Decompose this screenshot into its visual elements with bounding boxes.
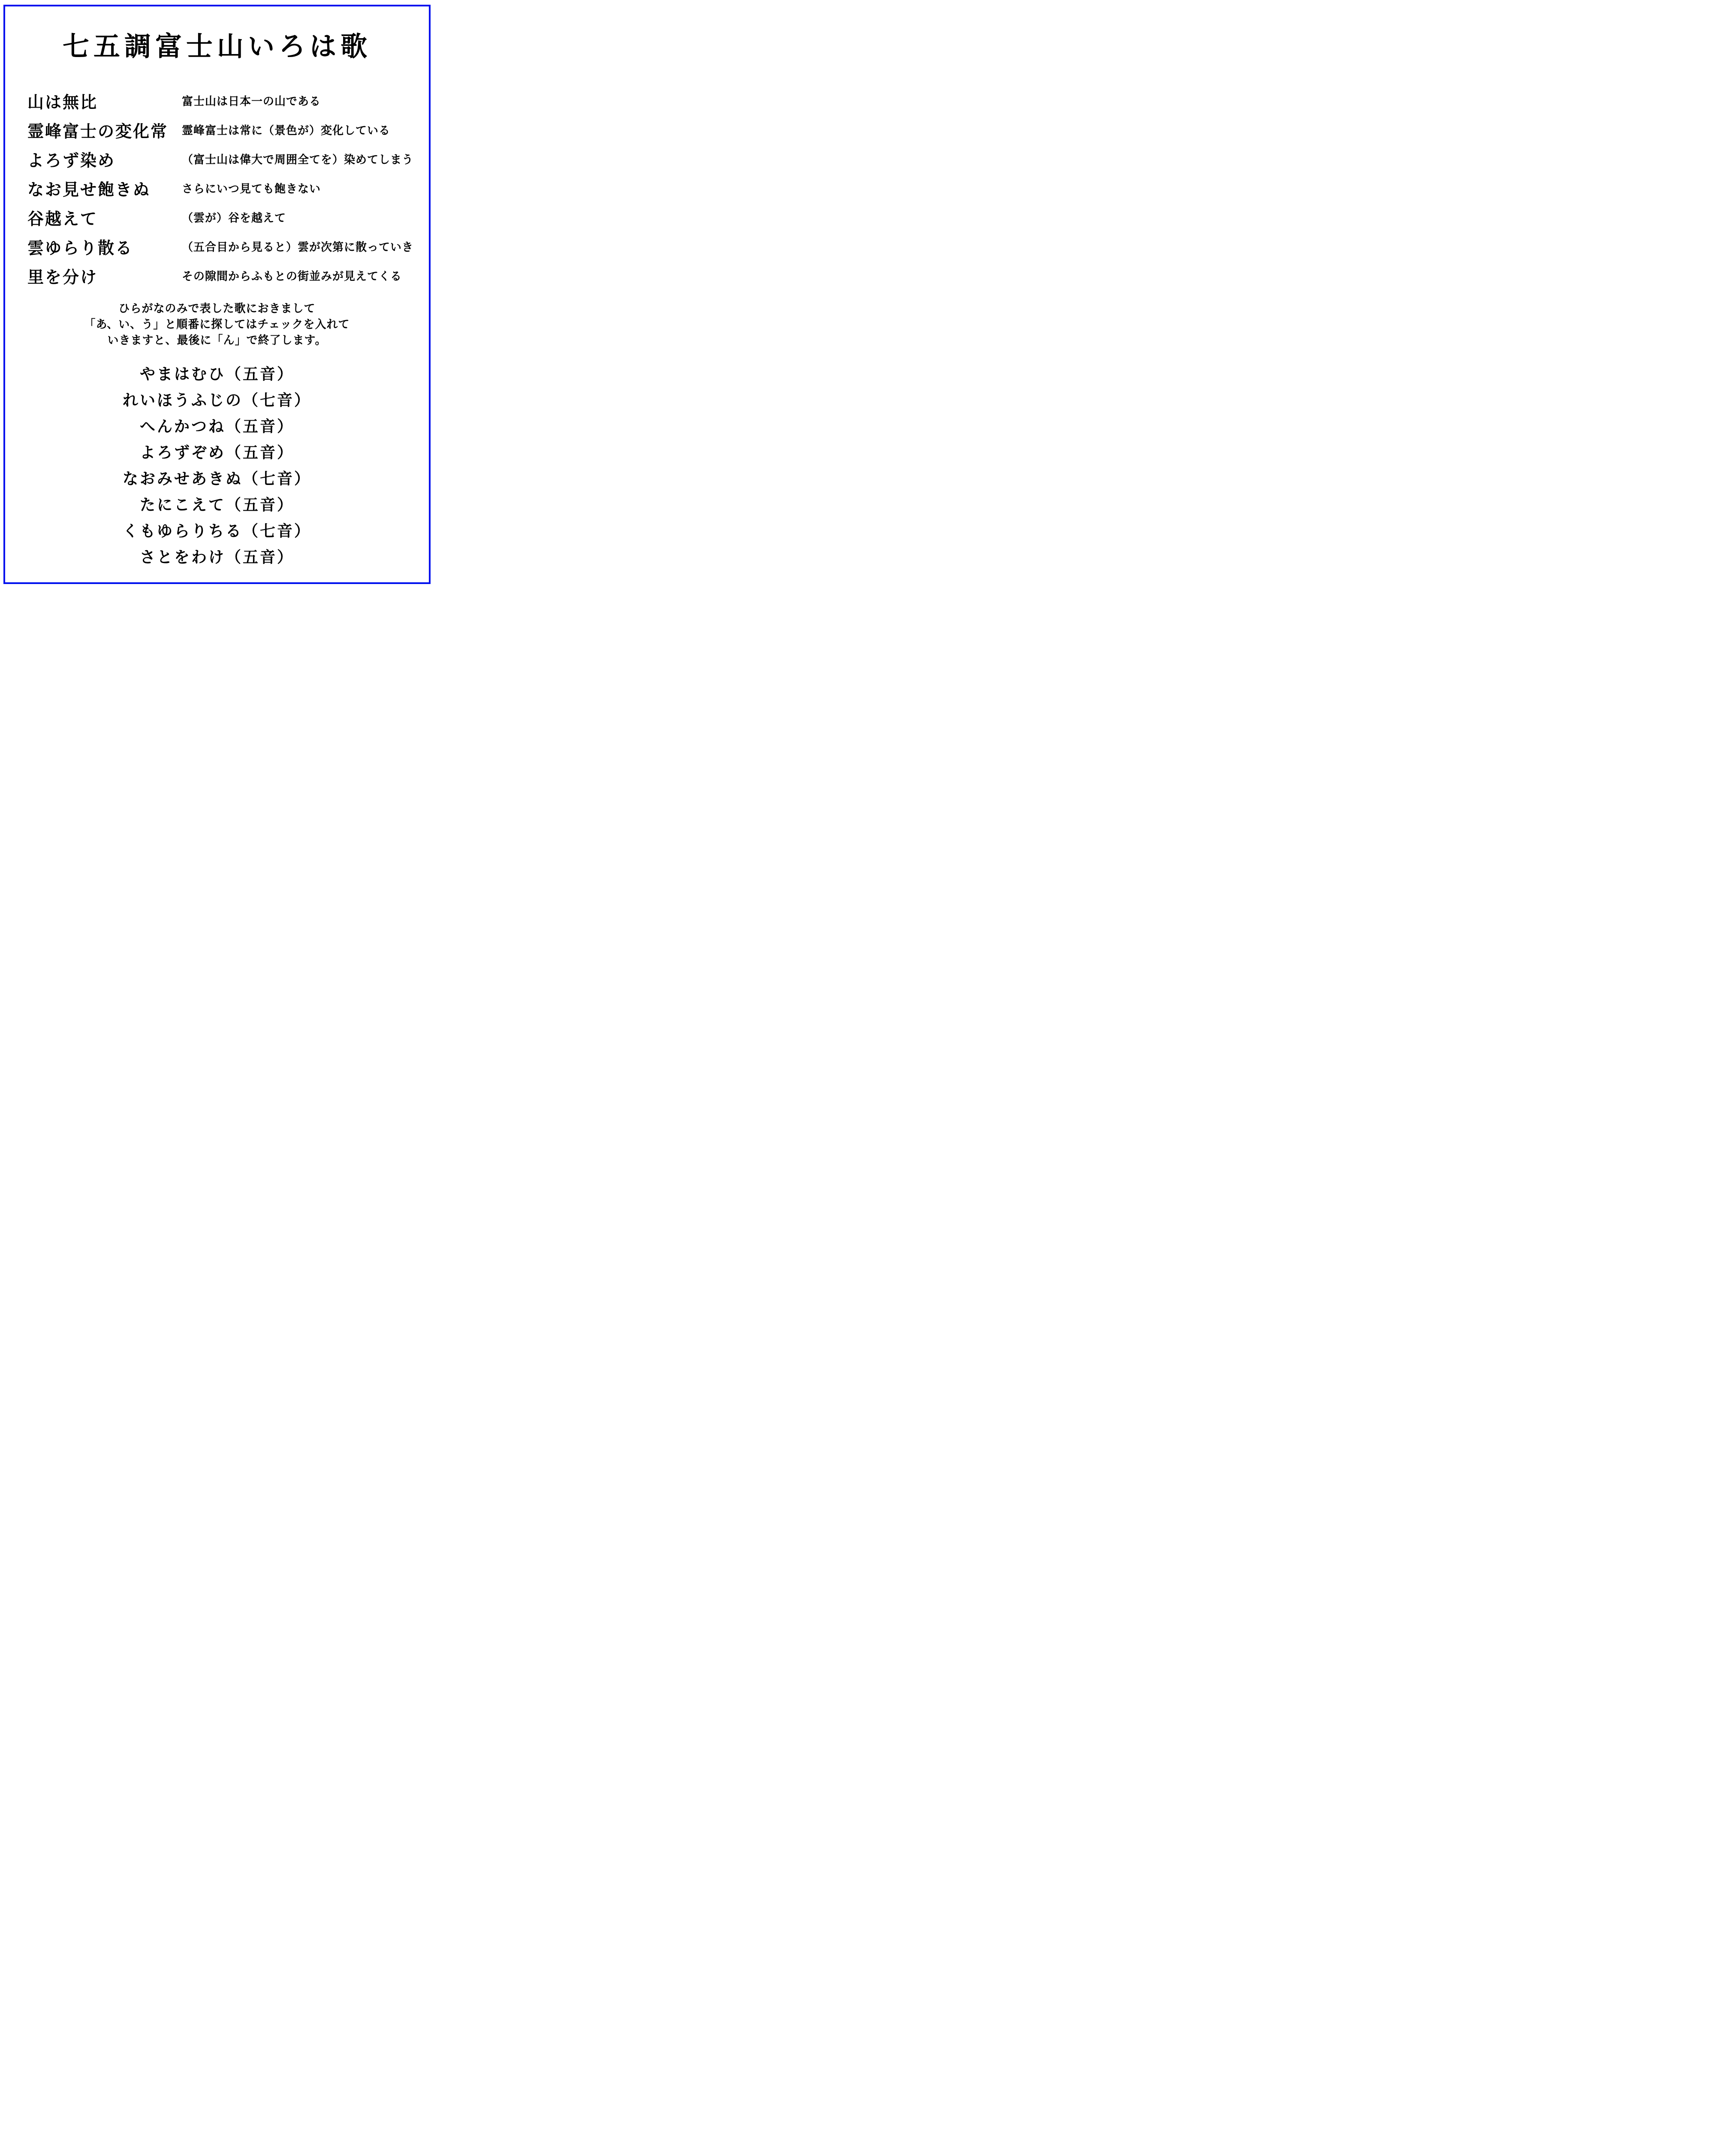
poem-row: 雲ゆらり散る （五合目から見ると）雲が次第に散っていき: [27, 232, 420, 261]
note-line: 「あ、い、う」と順番に探してはチェックを入れて: [5, 317, 429, 333]
verse-text: 里を分け: [27, 264, 182, 287]
explanation-text: （雲が）谷を越えて: [182, 209, 420, 225]
kana-list-section: やまはむひ（五音） れいほうふじの（七音） へんかつね（五音） よろずぞめ（五音…: [5, 361, 429, 571]
kana-line: よろずぞめ（五音）: [5, 440, 429, 466]
poem-row: なお見せ飽きぬ さらにいつ見ても飽きない: [27, 173, 420, 202]
page-title: 七五調富士山いろは歌: [5, 25, 429, 63]
kana-line: さとをわけ（五音）: [5, 545, 429, 571]
explanation-text: その隙間からふもとの街並みが見えてくる: [182, 268, 420, 283]
kana-line: れいほうふじの（七音）: [5, 388, 429, 414]
poem-row: 里を分け その隙間からふもとの街並みが見えてくる: [27, 261, 420, 290]
kana-line: なおみせあきぬ（七音）: [5, 466, 429, 492]
poem-row: 霊峰富士の変化常 霊峰富士は常に（景色が）変化している: [27, 115, 420, 144]
note-section: ひらがなのみで表した歌におきまして 「あ、い、う」と順番に探してはチェックを入れ…: [5, 301, 429, 349]
poem-row: よろず染め （富士山は偉大で周囲全てを）染めてしまう: [27, 144, 420, 173]
kana-line: たにこえて（五音）: [5, 492, 429, 518]
explanation-text: （富士山は偉大で周囲全てを）染めてしまう: [182, 151, 420, 167]
kana-line: へんかつね（五音）: [5, 414, 429, 440]
page-content: 七五調富士山いろは歌 山は無比 富士山は日本一の山である 霊峰富士の変化常 霊峰…: [5, 6, 429, 582]
poem-section: 山は無比 富士山は日本一の山である 霊峰富士の変化常 霊峰富士は常に（景色が）変…: [5, 86, 429, 290]
explanation-text: 霊峰富士は常に（景色が）変化している: [182, 122, 420, 138]
verse-text: なお見せ飽きぬ: [27, 176, 182, 200]
explanation-text: さらにいつ見ても飽きない: [182, 180, 420, 196]
verse-text: 雲ゆらり散る: [27, 235, 182, 258]
explanation-text: 富士山は日本一の山である: [182, 93, 420, 108]
kana-line: くもゆらりちる（七音）: [5, 518, 429, 545]
verse-text: よろず染め: [27, 147, 182, 171]
verse-text: 山は無比: [27, 89, 182, 112]
note-line: ひらがなのみで表した歌におきまして: [5, 301, 429, 317]
verse-text: 霊峰富士の変化常: [27, 118, 182, 142]
document-page: 七五調富士山いろは歌 山は無比 富士山は日本一の山である 霊峰富士の変化常 霊峰…: [0, 0, 434, 589]
note-line: いきますと、最後に「ん」で終了します。: [5, 333, 429, 349]
verse-text: 谷越えて: [27, 205, 182, 229]
explanation-text: （五合目から見ると）雲が次第に散っていき: [182, 238, 420, 254]
poem-row: 山は無比 富士山は日本一の山である: [27, 86, 420, 115]
kana-line: やまはむひ（五音）: [5, 361, 429, 388]
poem-row: 谷越えて （雲が）谷を越えて: [27, 202, 420, 232]
